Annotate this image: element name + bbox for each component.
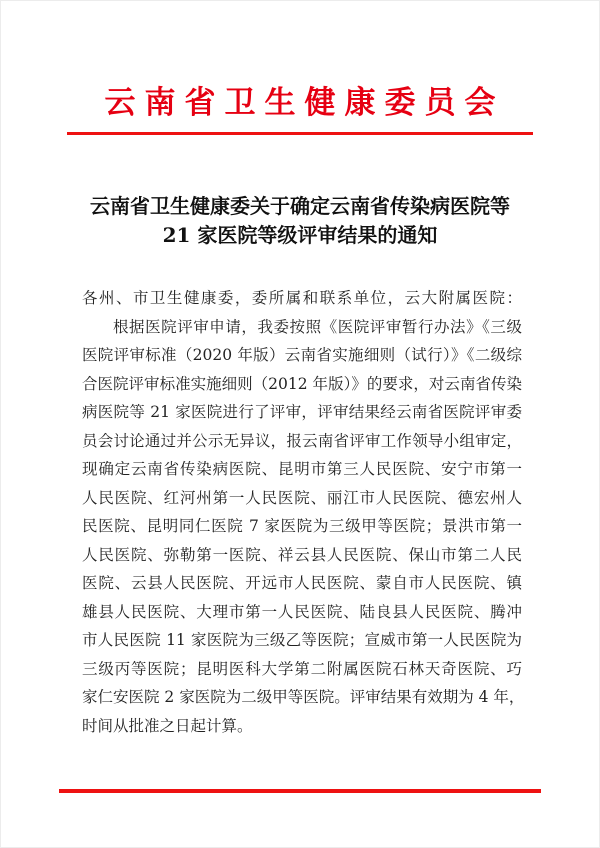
footer-divider-line [59,789,541,793]
body-line: 家仁安医院 2 家医院为二级甲等医院。评审结果有效期为 4 年， [82,683,522,712]
body-line: 时间从批准之日起计算。 [82,712,522,741]
masthead-org-name: 云南省卫生健康委员会 [0,84,600,122]
document-title: 云南省卫生健康委关于确定云南省传染病医院等 21 家医院等级评审结果的通知 [0,192,600,250]
document-body: 各州、市卫生健康委，委所属和联系单位，云大附属医院： 根据医院评审申请，我委按照… [82,284,522,740]
body-line: 人民医院、弥勒第一医院、祥云县人民医院、保山市第二人民 [82,541,522,570]
document-title-line-2: 21 家医院等级评审结果的通知 [0,221,600,250]
body-line: 民医院、昆明同仁医院 7 家医院为三级甲等医院；景洪市第一 [82,512,522,541]
salutation: 各州、市卫生健康委，委所属和联系单位，云大附属医院： [82,284,522,313]
body-line: 医院评审标准（2020 年版）云南省实施细则（试行）》《二级综 [82,341,522,370]
body-line: 市人民医院 11 家医院为三级乙等医院；宣威市第一人民医院为 [82,626,522,655]
document-title-line-1: 云南省卫生健康委关于确定云南省传染病医院等 [0,192,600,221]
body-line: 三级丙等医院；昆明医科大学第二附属医院石林天奇医院、巧 [82,655,522,684]
body-line: 人民医院、红河州第一人民医院、丽江市人民医院、德宏州人 [82,484,522,513]
body-line: 雄县人民医院、大理市第一人民医院、陆良县人民医院、腾冲 [82,598,522,627]
body-line: 根据医院评审申请，我委按照《医院评审暂行办法》《三级 [82,313,522,342]
body-line: 病医院等 21 家医院进行了评审，评审结果经云南省医院评审委 [82,398,522,427]
body-line: 医院、云县人民医院、开远市人民医院、蒙自市人民医院、镇 [82,569,522,598]
masthead-divider-line [67,132,533,135]
body-line: 员会讨论通过并公示无异议，报云南省评审工作领导小组审定， [82,427,522,456]
body-line: 合医院评审标准实施细则（2012 年版）》的要求，对云南省传染 [82,370,522,399]
body-line: 现确定云南省传染病医院、昆明市第三人民医院、安宁市第一 [82,455,522,484]
